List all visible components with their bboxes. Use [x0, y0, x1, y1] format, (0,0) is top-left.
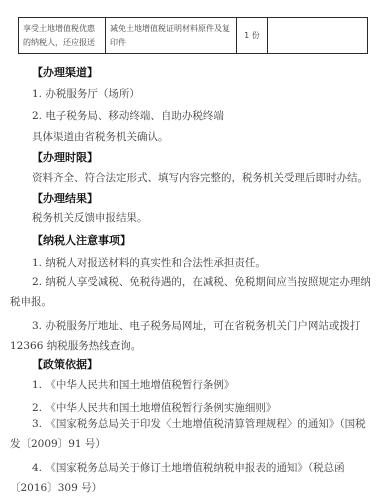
table-cell-note	[268, 18, 367, 53]
policy-item-4: 4. 《国家税务总局关于修订土地增值税纳税申报表的通知》（税总函〔2016〕30…	[10, 459, 376, 498]
section-heading-time-limit: 【办理时限】	[32, 149, 98, 165]
notes-item-3: 3. 办税服务厅地址、电子税务局网址，可在省税务机关门户网站或拨打12366 纳…	[10, 317, 376, 356]
section-heading-policy: 【政策依据】	[32, 356, 98, 372]
policy-item-2: 2. 《中华人民共和国土地增值税暂行条例实施细则》	[32, 401, 276, 415]
policy-item-3: 3. 《国家税务总局关于印发〈土地增值税清算管理规程〉的通知》（国税发〔2009…	[10, 415, 376, 454]
section-heading-notes: 【纳税人注意事项】	[32, 232, 131, 248]
section-heading-channel: 【办理渠道】	[32, 64, 98, 80]
policy-item-1: 1. 《中华人民共和国土地增值税暂行条例》	[32, 378, 234, 392]
result-text: 税务机关反馈申报结果。	[32, 211, 148, 225]
notes-item-2: 2. 纳税人享受减税、免税待遇的，在减税、免税期间应当按照规定办理纳税申报。	[10, 273, 376, 312]
notes-item-1: 1. 纳税人对报送材料的真实性和合法性承担责任。	[32, 256, 266, 270]
table-cell-quantity: 1 份	[237, 18, 268, 53]
channel-item-1: 1. 办税服务厅（场所）	[32, 87, 140, 101]
table-cell-condition: 享受土地增值税优惠的纳税人，还应报送	[19, 18, 106, 53]
channel-item-2: 2. 电子税务局、移动终端、自助办税终端	[32, 109, 224, 123]
table-cell-material: 减免土地增值税证明材料原件及复印件	[106, 18, 237, 53]
section-heading-result: 【办理结果】	[32, 190, 98, 206]
channel-note: 具体渠道由省税务机关确认。	[32, 130, 169, 144]
materials-table: 享受土地增值税优惠的纳税人，还应报送 减免土地增值税证明材料原件及复印件 1 份	[18, 17, 368, 54]
time-limit-text: 资料齐全、符合法定形式、填写内容完整的，税务机关受理后即时办结。	[32, 171, 368, 185]
